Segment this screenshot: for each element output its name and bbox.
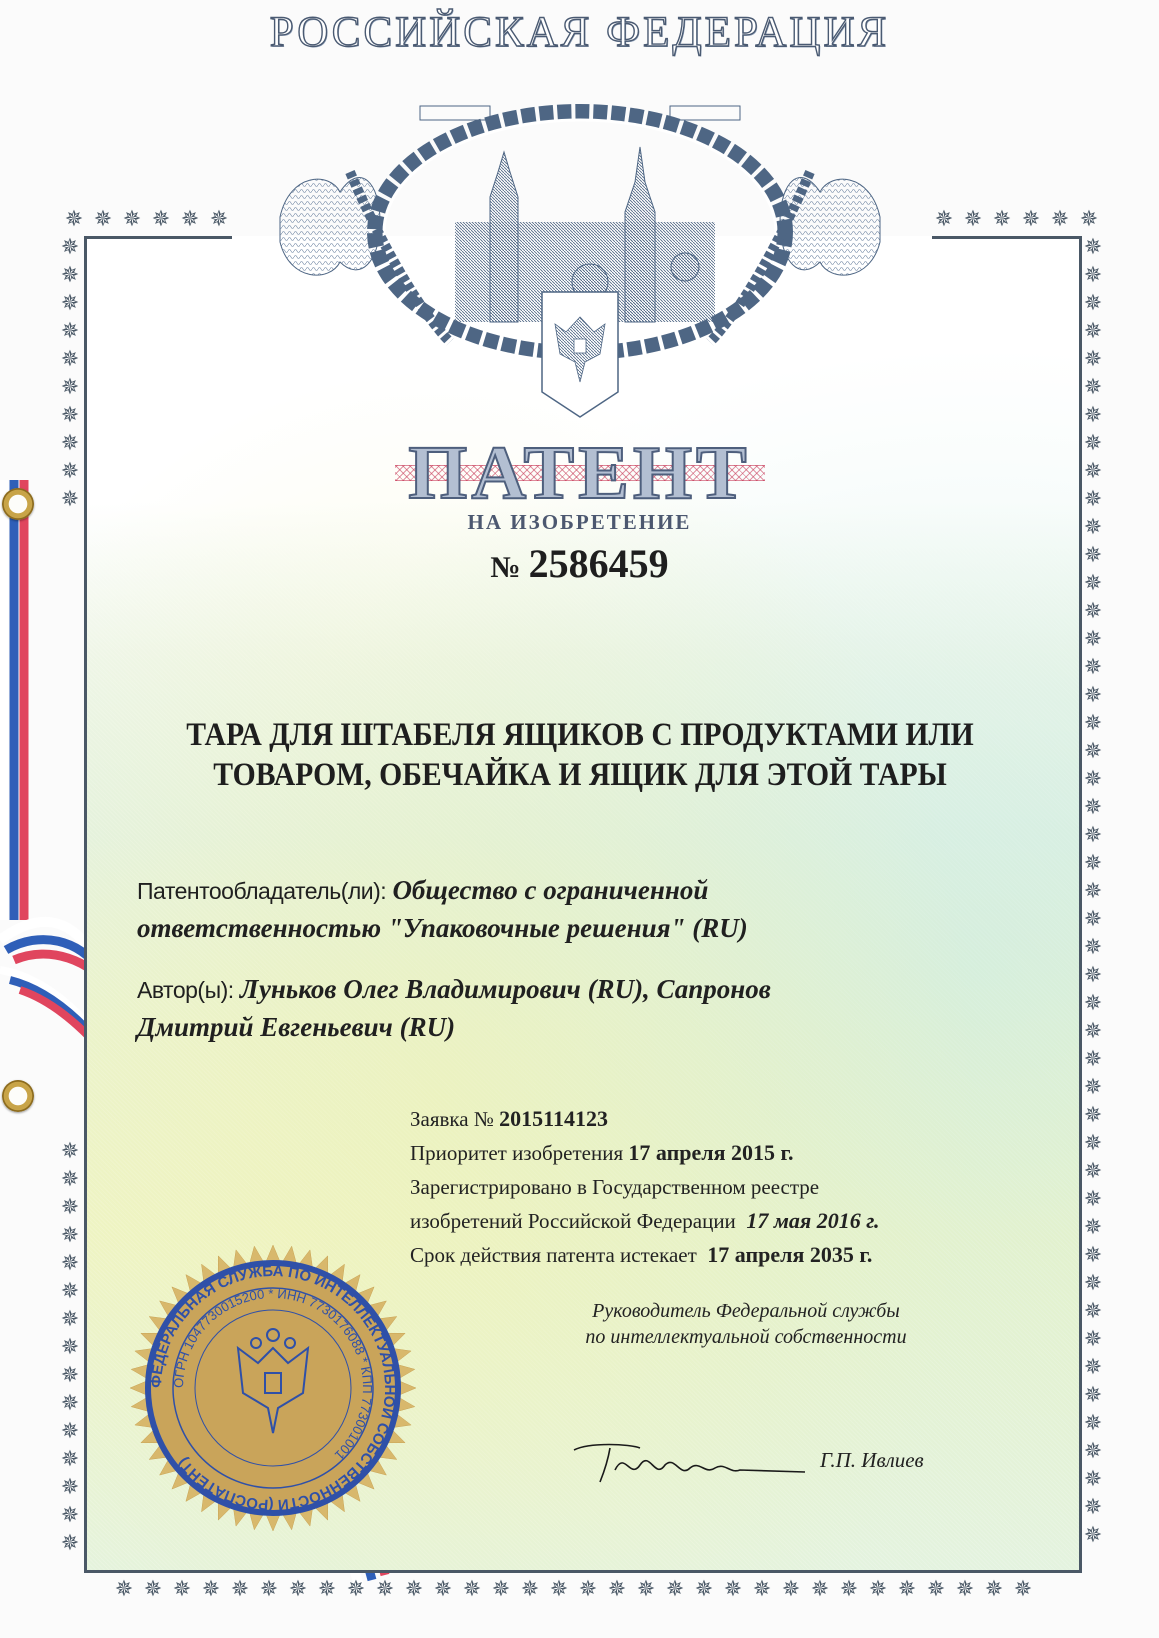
registered-date: 17 мая 2016 г. xyxy=(746,1208,879,1233)
star-ornament-icon: ✵ xyxy=(1081,628,1105,650)
invention-title-line1: ТАРА ДЛЯ ШТАБЕЛЯ ЯЩИКОВ С ПРОДУКТАМИ ИЛИ xyxy=(166,715,994,755)
star-ornament-icon: ✵ xyxy=(1081,1328,1105,1350)
star-ornament-icon: ✵ xyxy=(1081,712,1105,734)
patent-title: ПАТЕНТ xyxy=(0,430,1159,517)
star-ornament-icon: ✵ xyxy=(149,208,173,230)
priority-row: Приоритет изобретения 17 апреля 2015 г. xyxy=(410,1136,1030,1170)
star-ornament-icon: ✵ xyxy=(1081,1272,1105,1294)
star-ornament-icon: ✵ xyxy=(58,1476,82,1498)
star-ornament-icon: ✵ xyxy=(1081,1188,1105,1210)
kremlin-wreath-emblem xyxy=(270,92,890,422)
star-ornament-icon: ✵ xyxy=(837,1578,861,1600)
star-ornament-icon: ✵ xyxy=(1081,1048,1105,1070)
star-ornament-icon: ✵ xyxy=(576,1578,600,1600)
application-row: Заявка № 2015114123 xyxy=(410,1102,1030,1136)
star-ornament-icon: ✵ xyxy=(199,1578,223,1600)
star-border-top-right: ✵✵✵✵✵✵ xyxy=(932,208,1101,230)
star-ornament-icon: ✵ xyxy=(1077,208,1101,230)
star-ornament-icon: ✵ xyxy=(286,1578,310,1600)
star-ornament-icon: ✵ xyxy=(58,1140,82,1162)
star-ornament-icon: ✵ xyxy=(1081,768,1105,790)
star-ornament-icon: ✵ xyxy=(750,1578,774,1600)
star-ornament-icon: ✵ xyxy=(178,208,202,230)
star-ornament-icon: ✵ xyxy=(58,1336,82,1358)
star-border-top-left: ✵✵✵✵✵✵ xyxy=(62,208,231,230)
star-ornament-icon: ✵ xyxy=(1081,852,1105,874)
star-ornament-icon: ✵ xyxy=(1081,236,1105,258)
patent-authors: Автор(ы): Луньков Олег Владимирович (RU)… xyxy=(137,971,957,1047)
star-ornament-icon: ✵ xyxy=(402,1578,426,1600)
star-ornament-icon: ✵ xyxy=(58,1364,82,1386)
signature-icon xyxy=(570,1440,810,1490)
binding-grommet-top xyxy=(2,488,34,520)
star-ornament-icon: ✵ xyxy=(1081,1160,1105,1182)
expiry-date: 17 апреля 2035 г. xyxy=(707,1242,872,1267)
number-sign: № xyxy=(490,551,520,584)
star-ornament-icon: ✵ xyxy=(58,236,82,258)
patent-details: Заявка № 2015114123 Приоритет изобретени… xyxy=(410,1102,1030,1272)
star-ornament-icon: ✵ xyxy=(1081,264,1105,286)
star-ornament-icon: ✵ xyxy=(431,1578,455,1600)
star-ornament-icon: ✵ xyxy=(1081,320,1105,342)
star-ornament-icon: ✵ xyxy=(1081,684,1105,706)
star-ornament-icon: ✵ xyxy=(1081,1412,1105,1434)
star-ornament-icon: ✵ xyxy=(1081,348,1105,370)
frame-top-right-rule xyxy=(932,236,1079,239)
star-ornament-icon: ✵ xyxy=(91,208,115,230)
frame-top-left-rule xyxy=(84,236,232,239)
star-ornament-icon: ✵ xyxy=(228,1578,252,1600)
application-label: Заявка № xyxy=(410,1107,494,1131)
star-ornament-icon: ✵ xyxy=(1081,740,1105,762)
star-ornament-icon: ✵ xyxy=(1081,1384,1105,1406)
star-ornament-icon: ✵ xyxy=(1081,1300,1105,1322)
star-ornament-icon: ✵ xyxy=(58,348,82,370)
star-ornament-icon: ✵ xyxy=(1081,1132,1105,1154)
star-ornament-icon: ✵ xyxy=(58,1308,82,1330)
star-border-left-lower: ✵✵✵✵✵✵✵✵✵✵✵✵✵✵✵ xyxy=(58,1140,82,1554)
star-ornament-icon: ✵ xyxy=(58,1448,82,1470)
star-ornament-icon: ✵ xyxy=(170,1578,194,1600)
star-ornament-icon: ✵ xyxy=(1081,1244,1105,1266)
star-ornament-icon: ✵ xyxy=(982,1578,1006,1600)
star-ornament-icon: ✵ xyxy=(112,1578,136,1600)
star-ornament-icon: ✵ xyxy=(141,1578,165,1600)
star-ornament-icon: ✵ xyxy=(58,320,82,342)
star-ornament-icon: ✵ xyxy=(1011,1578,1035,1600)
star-ornament-icon: ✵ xyxy=(779,1578,803,1600)
priority-date: 17 апреля 2015 г. xyxy=(628,1140,793,1165)
star-ornament-icon: ✵ xyxy=(58,404,82,426)
invention-title: ТАРА ДЛЯ ШТАБЕЛЯ ЯЩИКОВ С ПРОДУКТАМИ ИЛИ… xyxy=(166,715,994,795)
star-ornament-icon: ✵ xyxy=(1081,936,1105,958)
star-ornament-icon: ✵ xyxy=(373,1578,397,1600)
star-ornament-icon: ✵ xyxy=(1081,824,1105,846)
registered-row: изобретений Российской Федерации 17 мая … xyxy=(410,1204,1030,1238)
owner-value-line1: Общество с ограниченной xyxy=(392,875,708,905)
star-ornament-icon: ✵ xyxy=(1081,1468,1105,1490)
expiry-label: Срок действия патента истекает xyxy=(410,1243,697,1267)
star-ornament-icon: ✵ xyxy=(518,1578,542,1600)
star-ornament-icon: ✵ xyxy=(58,1252,82,1274)
star-ornament-icon: ✵ xyxy=(207,208,231,230)
star-ornament-icon: ✵ xyxy=(58,1392,82,1414)
official-position: Руководитель Федеральной службы по интел… xyxy=(536,1298,956,1350)
binding-grommet-bottom xyxy=(2,1080,34,1112)
star-ornament-icon: ✵ xyxy=(1081,964,1105,986)
star-ornament-icon: ✵ xyxy=(1081,292,1105,314)
registered-label-line1: Зарегистрировано в Государственном реест… xyxy=(410,1170,1030,1204)
star-ornament-icon: ✵ xyxy=(808,1578,832,1600)
star-ornament-icon: ✵ xyxy=(257,1578,281,1600)
star-ornament-icon: ✵ xyxy=(58,1420,82,1442)
star-ornament-icon: ✵ xyxy=(924,1578,948,1600)
star-ornament-icon: ✵ xyxy=(1081,1356,1105,1378)
star-ornament-icon: ✵ xyxy=(58,1196,82,1218)
star-ornament-icon: ✵ xyxy=(1081,376,1105,398)
star-ornament-icon: ✵ xyxy=(1081,656,1105,678)
star-ornament-icon: ✵ xyxy=(1081,600,1105,622)
star-ornament-icon: ✵ xyxy=(58,1532,82,1554)
registered-label-line2: изобретений Российской Федерации xyxy=(410,1209,736,1233)
star-ornament-icon: ✵ xyxy=(1081,404,1105,426)
star-ornament-icon: ✵ xyxy=(663,1578,687,1600)
star-ornament-icon: ✵ xyxy=(58,292,82,314)
star-ornament-icon: ✵ xyxy=(1081,1524,1105,1546)
star-ornament-icon: ✵ xyxy=(460,1578,484,1600)
star-ornament-icon: ✵ xyxy=(634,1578,658,1600)
invention-title-line2: ТОВАРОМ, ОБЕЧАЙКА И ЯЩИК ДЛЯ ЭТОЙ ТАРЫ xyxy=(166,755,994,795)
priority-label: Приоритет изобретения xyxy=(410,1141,623,1165)
patent-subtitle: НА ИЗОБРЕТЕНИЕ xyxy=(0,510,1159,535)
star-ornament-icon: ✵ xyxy=(1081,992,1105,1014)
star-ornament-icon: ✵ xyxy=(692,1578,716,1600)
star-ornament-icon: ✵ xyxy=(1081,1104,1105,1126)
signer-name: Г.П. Ивлиев xyxy=(820,1448,924,1473)
star-ornament-icon: ✵ xyxy=(1081,796,1105,818)
star-ornament-icon: ✵ xyxy=(1081,1216,1105,1238)
star-ornament-icon: ✵ xyxy=(489,1578,513,1600)
star-ornament-icon: ✵ xyxy=(1081,1496,1105,1518)
application-number: 2015114123 xyxy=(499,1106,608,1131)
patent-number-value: 2586459 xyxy=(529,541,669,586)
star-ornament-icon: ✵ xyxy=(1081,880,1105,902)
star-ornament-icon: ✵ xyxy=(58,376,82,398)
star-ornament-icon: ✵ xyxy=(120,208,144,230)
star-ornament-icon: ✵ xyxy=(58,1504,82,1526)
authors-value-line2: Дмитрий Евгеньевич (RU) xyxy=(137,1012,455,1042)
star-ornament-icon: ✵ xyxy=(344,1578,368,1600)
owner-label: Патентообладатель(ли): xyxy=(137,878,386,904)
official-position-line1: Руководитель Федеральной службы xyxy=(536,1298,956,1324)
star-ornament-icon: ✵ xyxy=(1019,208,1043,230)
star-ornament-icon: ✵ xyxy=(1081,1076,1105,1098)
star-ornament-icon: ✵ xyxy=(953,1578,977,1600)
expiry-row: Срок действия патента истекает 17 апреля… xyxy=(410,1238,1030,1272)
country-title: РОССИЙСКАЯ ФЕДЕРАЦИЯ xyxy=(0,8,1159,57)
gold-seal-icon: ФЕДЕРАЛЬНАЯ СЛУЖБА ПО ИНТЕЛЛЕКТУАЛЬНОЙ С… xyxy=(128,1243,418,1533)
star-ornament-icon: ✵ xyxy=(1081,908,1105,930)
authors-value-line1: Луньков Олег Владимирович (RU), Сапронов xyxy=(240,974,771,1004)
star-ornament-icon: ✵ xyxy=(932,208,956,230)
star-border-bottom: ✵✵✵✵✵✵✵✵✵✵✵✵✵✵✵✵✵✵✵✵✵✵✵✵✵✵✵✵✵✵✵✵ xyxy=(112,1578,1035,1600)
star-ornament-icon: ✵ xyxy=(58,264,82,286)
star-ornament-icon: ✵ xyxy=(895,1578,919,1600)
star-ornament-icon: ✵ xyxy=(62,208,86,230)
star-ornament-icon: ✵ xyxy=(58,1168,82,1190)
star-ornament-icon: ✵ xyxy=(605,1578,629,1600)
star-ornament-icon: ✵ xyxy=(58,1280,82,1302)
star-ornament-icon: ✵ xyxy=(961,208,985,230)
official-position-line2: по интеллектуальной собственности xyxy=(536,1324,956,1350)
patent-owner: Патентообладатель(ли): Общество с ограни… xyxy=(137,872,957,948)
authors-label: Автор(ы): xyxy=(137,977,234,1003)
star-ornament-icon: ✵ xyxy=(1081,1440,1105,1462)
star-ornament-icon: ✵ xyxy=(1048,208,1072,230)
star-ornament-icon: ✵ xyxy=(721,1578,745,1600)
star-ornament-icon: ✵ xyxy=(547,1578,571,1600)
star-ornament-icon: ✵ xyxy=(990,208,1014,230)
star-ornament-icon: ✵ xyxy=(1081,1020,1105,1042)
star-ornament-icon: ✵ xyxy=(315,1578,339,1600)
star-ornament-icon: ✵ xyxy=(58,1224,82,1246)
star-ornament-icon: ✵ xyxy=(866,1578,890,1600)
owner-value-line2: ответственностью "Упаковочные решения" (… xyxy=(137,913,748,943)
patent-number: №2586459 xyxy=(0,540,1159,587)
